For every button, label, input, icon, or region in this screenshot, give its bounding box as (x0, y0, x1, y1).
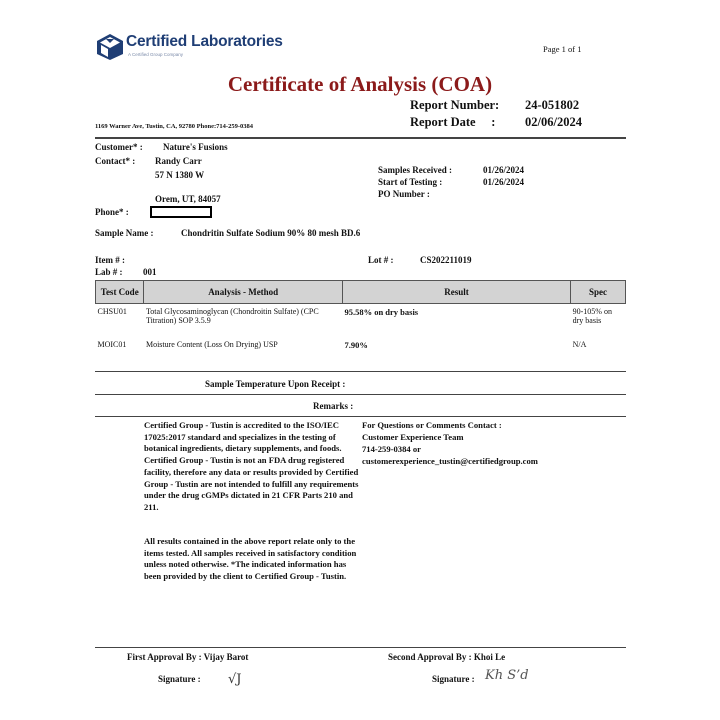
lot-label: Lot # : (368, 255, 394, 265)
spec-cell: 90-105% on dry basis (571, 304, 626, 337)
sample-name-label: Sample Name : (95, 228, 154, 238)
lab-address: 1169 Warner Ave, Tustin, CA, 92780 Phone… (95, 123, 253, 130)
report-number-label: Report Number: (410, 98, 499, 113)
lab-value: 001 (143, 267, 157, 277)
contact-city: Orem, UT, 84057 (155, 194, 221, 204)
lot-value: CS202211019 (420, 255, 472, 265)
table-header-row: Test Code Analysis - Method Result Spec (96, 281, 626, 304)
report-number: 24-051802 (525, 98, 579, 113)
customer-label: Customer* : (95, 142, 143, 152)
method-cell: Total Glycosaminoglycan (Chondroitin Sul… (144, 304, 342, 337)
samples-received-label: Samples Received : (378, 165, 452, 175)
sample-name: Chondritin Sulfate Sodium 90% 80 mesh BD… (181, 228, 360, 238)
second-signature: Kh S’d (485, 668, 529, 683)
contact-email[interactable]: customerexperience_tustin@certifiedgroup… (362, 456, 538, 468)
contact-street: 57 N 1380 W (155, 170, 204, 180)
brand-name: Certified Laboratories (126, 33, 283, 51)
accreditation-statement: Certified Group - Tustin is accredited t… (144, 420, 359, 514)
second-signature-label: Signature : (432, 674, 475, 684)
divider (95, 647, 626, 648)
results-note: All results contained in the above repor… (144, 536, 359, 583)
contact-label: Contact* : (95, 156, 135, 166)
spec-cell: N/A (571, 337, 626, 361)
column-header: Spec (571, 281, 626, 304)
po-number-label: PO Number : (378, 189, 430, 199)
results-table: Test Code Analysis - Method Result Spec … (95, 280, 626, 361)
document-title: Certificate of Analysis (COA) (0, 72, 720, 97)
contact-name: Randy Carr (155, 156, 202, 166)
phone-redacted (150, 206, 212, 218)
hexagon-cube-logo-icon (95, 33, 125, 61)
method-cell: Moisture Content (Loss On Drying) USP (144, 337, 342, 361)
temperature-label: Sample Temperature Upon Receipt : (205, 379, 345, 389)
test-code-cell: MOIC01 (96, 337, 144, 361)
column-header: Analysis - Method (144, 281, 342, 304)
first-signature: √J (228, 672, 242, 687)
table-row: CHSU01 Total Glycosaminoglycan (Chondroi… (96, 304, 626, 337)
start-testing: 01/26/2024 (483, 177, 524, 187)
test-code-cell: CHSU01 (96, 304, 144, 337)
contact-phone: 714-259-0384 or (362, 444, 421, 456)
start-testing-label: Start of Testing : (378, 177, 442, 187)
result-cell: 7.90% (342, 337, 570, 361)
first-approval: First Approval By : Vijay Barot (127, 652, 248, 662)
remarks-label: Remarks : (313, 401, 353, 411)
customer-name: Nature's Fusions (163, 142, 228, 152)
second-approval: Second Approval By : Khoi Le (388, 652, 505, 662)
divider (95, 394, 626, 395)
contact-heading: For Questions or Comments Contact : (362, 420, 502, 432)
report-date-label: Report Date : (410, 115, 495, 130)
column-header: Test Code (96, 281, 144, 304)
divider (95, 416, 626, 417)
phone-label: Phone* : (95, 207, 129, 217)
lab-label: Lab # : (95, 267, 123, 277)
table-row: MOIC01 Moisture Content (Loss On Drying)… (96, 337, 626, 361)
column-header: Result (342, 281, 570, 304)
first-signature-label: Signature : (158, 674, 201, 684)
brand-tagline: A Certified Group Company (128, 52, 183, 57)
item-label: Item # : (95, 255, 125, 265)
contact-team: Customer Experience Team (362, 432, 464, 444)
divider (95, 137, 626, 139)
page-indicator: Page 1 of 1 (543, 44, 581, 54)
divider (95, 371, 626, 372)
samples-received: 01/26/2024 (483, 165, 524, 175)
report-date: 02/06/2024 (525, 115, 582, 130)
result-cell: 95.58% on dry basis (342, 304, 570, 337)
